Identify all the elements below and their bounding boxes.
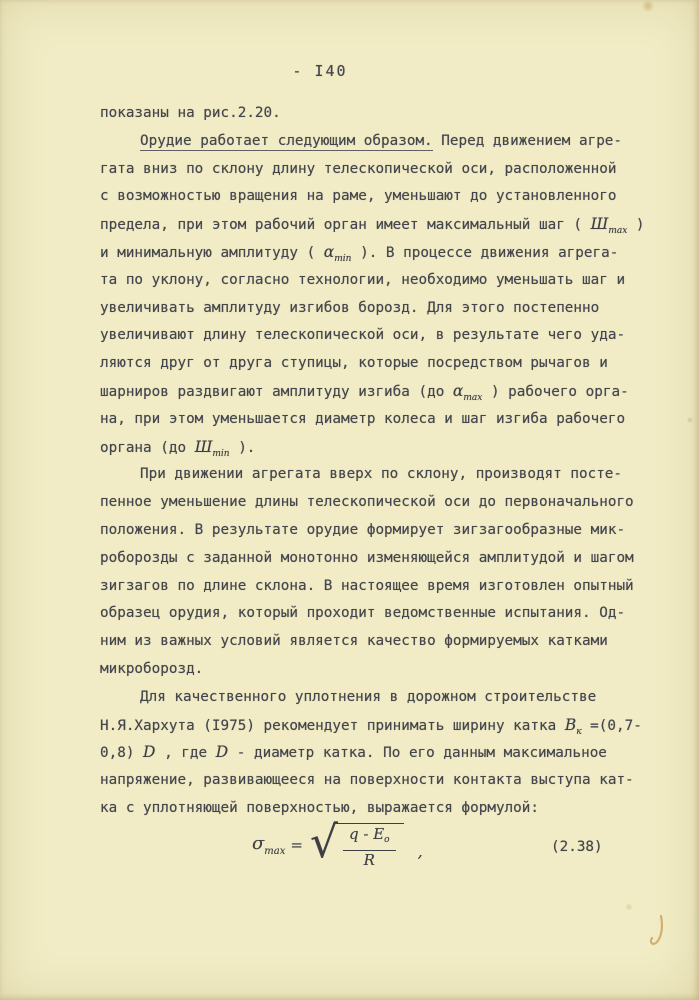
fraction-numerator: q - Eo [343, 825, 396, 851]
text-line: 0,8) D , где D - диаметр катка. По его д… [100, 739, 660, 767]
text-segment: пенное уменьшение длины телескопической … [100, 494, 634, 510]
text-segment: та по уклону, согласно технологии, необх… [100, 272, 625, 288]
handwritten-symbol: Шmax [591, 215, 628, 233]
text-line: та по уклону, согласно технологии, необх… [100, 267, 660, 295]
formula-sigma: σmax [252, 833, 285, 857]
text-segment: гата вниз по склону длину телескопическо… [100, 161, 616, 177]
square-root: √ q - Eo R [310, 820, 404, 870]
text-segment: предела, при этом рабочий орган имеет ма… [100, 217, 591, 233]
text-segment: с возможностью вращения на раме, уменьша… [100, 188, 616, 204]
text-line: на, при этом уменьшается диаметр колеса … [100, 406, 660, 434]
equals-sign: = [290, 836, 303, 854]
formula-comma: , [418, 842, 423, 861]
text-line: предела, при этом рабочий орган имеет ма… [100, 211, 660, 239]
text-segment: увеличивать амплитуду изгибов борозд. Дл… [100, 300, 599, 316]
text-segment: показаны на рис.2.20. [100, 105, 281, 121]
text-segment: зигзагов по длине склона. В настоящее вр… [100, 578, 634, 594]
text-segment: , где [155, 745, 215, 761]
text-line: микроборозд. [100, 656, 660, 684]
radicand-fraction: q - Eo R [333, 823, 404, 870]
handwritten-symbol: D [216, 743, 228, 761]
fraction-denominator: R [364, 851, 375, 870]
text-segment: увеличивают длину телескопической оси, в… [100, 327, 625, 343]
text-line: При движении агрегата вверх по склону, п… [100, 461, 660, 489]
handwritten-symbol: αmin [324, 243, 352, 261]
text-segment: Для качественного уплотнения в дорожном … [140, 689, 596, 705]
text-segment: и минимальную амплитуду ( [100, 245, 324, 261]
text-segment: ляются друг от друга ступицы, которые по… [100, 355, 608, 371]
text-segment: роборозды с заданной монотонно изменяюще… [100, 550, 634, 566]
text-segment: положения. В результате орудие формирует… [100, 522, 625, 538]
text-segment: на, при этом уменьшается диаметр колеса … [100, 411, 625, 427]
text-segment: 0,8) [100, 745, 143, 761]
text-segment: органа (до [100, 440, 195, 456]
text-line: показаны на рис.2.20. [100, 100, 660, 128]
text-line: Для качественного уплотнения в дорожном … [100, 684, 660, 712]
text-line: пенное уменьшение длины телескопической … [100, 489, 660, 517]
text-segment: ). В процессе движения агрега- [351, 245, 618, 261]
text-segment: микроборозд. [100, 661, 203, 677]
text-line: ним из важных условий является качество … [100, 628, 660, 656]
text-segment: ) рабочего орга- [482, 384, 628, 400]
handwritten-symbol: Шmin [195, 438, 230, 456]
radical-icon: √ [310, 821, 338, 871]
document-body: показаны на рис.2.20.Орудие работает сле… [100, 100, 660, 823]
text-segment: =(0,7- [582, 718, 642, 734]
handwritten-symbol: Bк [565, 716, 582, 734]
text-segment: ним из важных условий является качество … [100, 633, 608, 649]
text-line: Н.Я.Хархута (I975) рекомендует принимать… [100, 712, 660, 740]
text-segment: ). [230, 440, 256, 456]
text-line: органа (до Шmin ). [100, 434, 660, 462]
text-line: образец орудия, который проходит ведомст… [100, 600, 660, 628]
equation-number: (2.38) [551, 839, 603, 855]
text-segment: ка с уплотняющей поверхностью, выражаетс… [100, 800, 539, 816]
formula-2-38: σmax = √ q - Eo R , [252, 820, 423, 870]
text-segment: Перед движением агре- [433, 133, 622, 149]
text-line: напряжение, развивающееся на поверхности… [100, 767, 660, 795]
text-line: роборозды с заданной монотонно изменяюще… [100, 545, 660, 573]
text-segment: ) [627, 217, 644, 233]
text-line: гата вниз по склону длину телескопическо… [100, 156, 660, 184]
text-line: ляются друг от друга ступицы, которые по… [100, 350, 660, 378]
text-line: и минимальную амплитуду ( αmin ). В проц… [100, 239, 660, 267]
text-line: шарниров раздвигают амплитуду изгиба (до… [100, 378, 660, 406]
text-segment: - диаметр катка. По его данным максималь… [228, 745, 607, 761]
text-line: положения. В результате орудие формирует… [100, 517, 660, 545]
text-line: увеличивать амплитуду изгибов борозд. Дл… [100, 295, 660, 323]
handwritten-symbol: αmax [453, 382, 482, 400]
handwritten-symbol: D [143, 743, 155, 761]
text-line: Орудие работает следующим образом. Перед… [100, 128, 660, 156]
text-line: с возможностью вращения на раме, уменьша… [100, 183, 660, 211]
text-line: зигзагов по длине склона. В настоящее вр… [100, 573, 660, 601]
text-line: ка с уплотняющей поверхностью, выражаетс… [100, 795, 660, 823]
paper-stain [648, 913, 670, 951]
underlined-text: Орудие работает следующим образом. [140, 133, 433, 151]
scanned-page: - I40 показаны на рис.2.20.Орудие работа… [0, 0, 699, 1000]
text-segment: образец орудия, который проходит ведомст… [100, 605, 625, 621]
text-segment: При движении агрегата вверх по склону, п… [140, 466, 622, 482]
page-number: - I40 [0, 62, 640, 80]
text-segment: шарниров раздвигают амплитуду изгиба (до [100, 384, 453, 400]
text-segment: напряжение, развивающееся на поверхности… [100, 772, 634, 788]
text-line: увеличивают длину телескопической оси, в… [100, 322, 660, 350]
text-segment: Н.Я.Хархута (I975) рекомендует принимать… [100, 718, 565, 734]
